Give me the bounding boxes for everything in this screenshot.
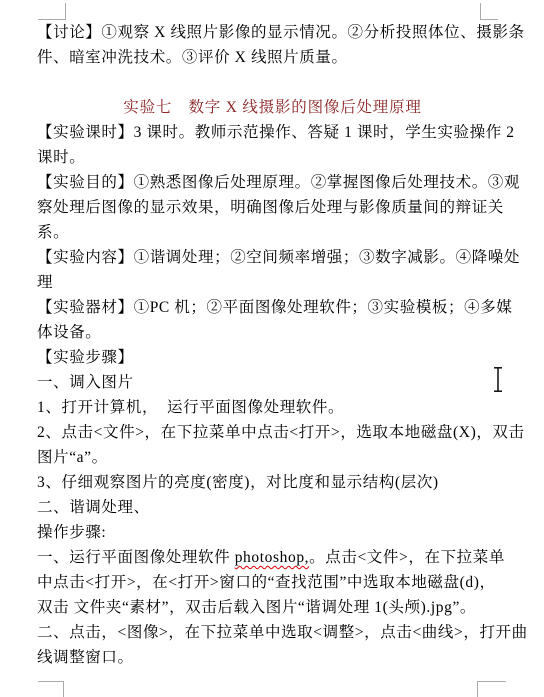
paragraph-line: 【实验步骤】: [37, 345, 508, 370]
paragraph-line: 二、谐调处理、: [37, 495, 508, 520]
paragraph-line: 【讨论】①观察 X 线照片影像的显示情况。②分析投照体位、摄影条: [37, 20, 508, 45]
paragraph-line: 图片“a”。: [37, 445, 508, 470]
paragraph-line: 一、运行平面图像处理软件 photoshop,。点击<文件>，在下拉菜单: [37, 545, 508, 570]
paragraph-line: 【实验内容】①谐调处理；②空间频率增强；③数字减影。④降噪处: [37, 245, 508, 270]
document-page: 【讨论】①观察 X 线照片影像的显示情况。②分析投照体位、摄影条件、暗室冲洗技术…: [0, 0, 544, 697]
paragraph-line: 2、点击<文件>，在下拉菜单中点击<打开>，选取本地磁盘(X)，双击: [37, 420, 508, 445]
paragraph-line: 1、打开计算机， 运行平面图像处理软件。: [37, 395, 508, 420]
paragraph-line: 一、调入图片: [37, 370, 508, 395]
paragraph-line: 【实验课时】3 课时。教师示范操作、答疑 1 课时，学生实验操作 2: [37, 120, 508, 145]
document-heading: 实验七 数字 X 线摄影的图像后处理原理: [37, 95, 508, 120]
paragraph-line: 体设备。: [37, 320, 508, 345]
paragraph-line: 理: [37, 270, 508, 295]
text-boundary-mark-top-left: [38, 3, 66, 20]
text-boundary-mark-bottom-left: [38, 681, 64, 697]
text-boundary-mark-bottom-right: [477, 681, 506, 697]
blank-line: [37, 70, 508, 95]
paragraph-line: 3、仔细观察图片的亮度(密度)，对比度和显示结构(层次): [37, 470, 508, 495]
text-segment: 。点击<文件>，在下拉菜单: [309, 549, 505, 566]
paragraph-line: 线调整窗口。: [37, 645, 508, 670]
text-cursor-ibeam-icon: [492, 366, 504, 393]
paragraph-line: 双击 文件夹“素材”，双击后载入图片“谐调处理 1(头颅).jpg”。: [37, 595, 508, 620]
text-segment: 一、运行平面图像处理软件: [37, 549, 235, 566]
paragraph-line: 【实验器材】①PC 机；②平面图像处理软件；③实验模板；④多媒: [37, 295, 508, 320]
paragraph-line: 二、点击，<图像>，在下拉菜单中选取<调整>，点击<曲线>，打开曲: [37, 620, 508, 645]
paragraph-line: 操作步骤:: [37, 520, 508, 545]
document-body[interactable]: 【讨论】①观察 X 线照片影像的显示情况。②分析投照体位、摄影条件、暗室冲洗技术…: [37, 20, 508, 670]
paragraph-line: 件、暗室冲洗技术。③评价 X 线照片质量。: [37, 45, 508, 70]
spellcheck-underlined-word: photoshop,: [235, 549, 309, 566]
paragraph-line: 中点击<打开>，在<打开>窗口的“查找范围”中选取本地磁盘(d)，: [37, 570, 508, 595]
paragraph-line: 系。: [37, 220, 508, 245]
text-boundary-mark-top-right: [480, 3, 498, 20]
paragraph-line: 【实验目的】①熟悉图像后处理原理。②掌握图像后处理技术。③观: [37, 170, 508, 195]
paragraph-line: 察处理后图像的显示效果，明确图像后处理与影像质量间的辩证关: [37, 195, 508, 220]
paragraph-line: 课时。: [37, 145, 508, 170]
